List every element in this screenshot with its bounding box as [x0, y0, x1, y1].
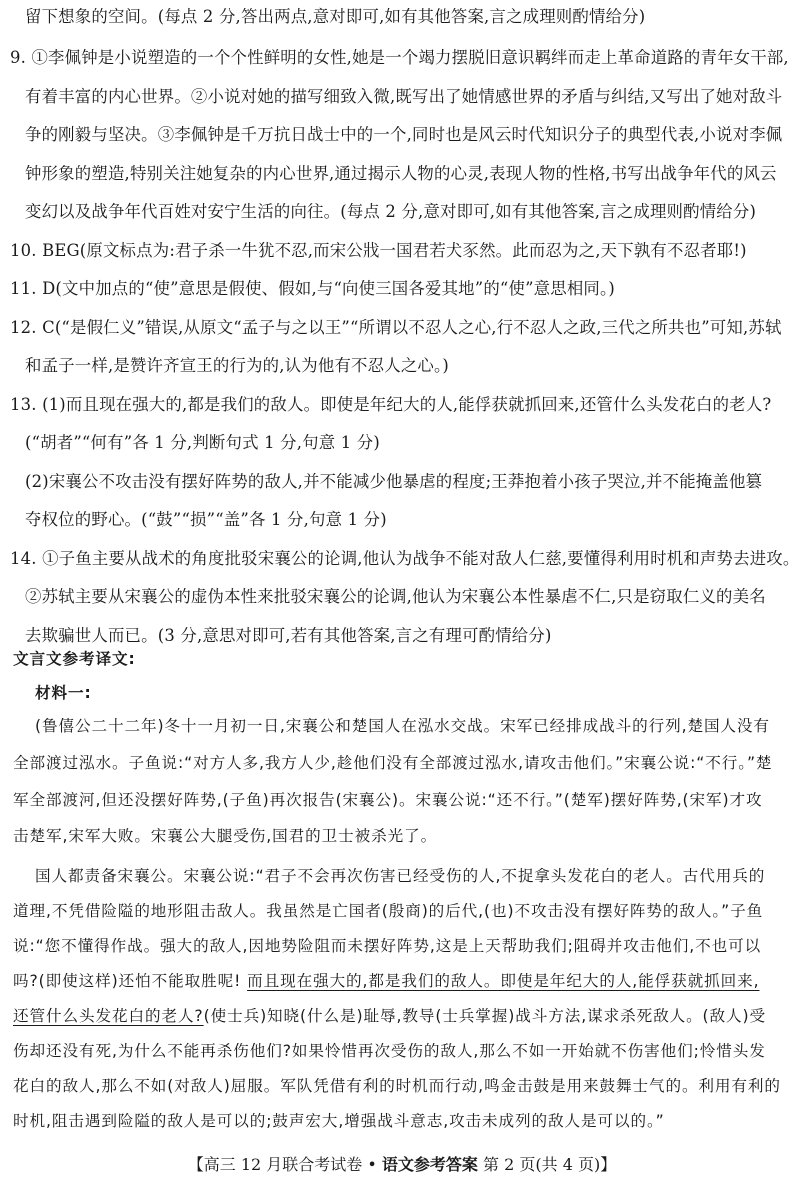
underlined-translation-part-1: 而且现在强大的,都是我们的敌人。即使是年纪大的人,能俘获就抓回来,: [247, 972, 759, 990]
q14-line-3: 去欺骗世人而已。(3 分,意思对即可,若有其他答案,言之有理可酌情给分): [25, 625, 552, 647]
answer-key-page: 留下想象的空间。(每点 2 分,答出两点,意对即可,如有其他答案,言之成理则酌情…: [0, 0, 804, 1184]
q14-line-1: 14. ①子鱼主要从战术的角度批驳宋襄公的论调,他认为战争不能对敌人仁慈,要懂得…: [10, 548, 799, 570]
q11: 11. D(文中加点的“使”意思是假使、假如,与“向使三国各爱其地”的“使”意思…: [10, 278, 615, 300]
material-one-heading: 材料一:: [35, 682, 92, 704]
q12-line-1: 12. C(“是假仁义”错误,从原文“孟子与之以王”“所谓以不忍人之心,行不忍人…: [10, 317, 782, 339]
q12-line-2: 和孟子一样,是赞许齐宣王的行为的,认为他有不忍人之心。): [25, 355, 449, 377]
q13-line-2: (“胡者”“何有”各 1 分,判断句式 1 分,句意 1 分): [25, 432, 380, 454]
q13-line-4: 夺权位的野心。(“鼓”“损”“盖”各 1 分,句意 1 分): [25, 509, 387, 531]
para2-line-1: 国人都责备宋襄公。宋襄公说:“君子不会再次伤害已经受伤的人,不捉拿头发花白的老人…: [35, 865, 765, 887]
para1-line-1: (鲁僖公二十二年)冬十一月初一日,宋襄公和楚国人在泓水交战。宋军已经排成战斗的行…: [35, 715, 770, 737]
para2-line-8: 时机,阻击遇到险隘的敌人是可以的;鼓声宏大,增强战斗意志,攻击未成列的敌人是可以…: [13, 1110, 665, 1132]
q13-line-3: (2)宋襄公不攻击没有摆好阵势的敌人,并不能减少他暴虐的程度;王莽抱着小孩子哭泣…: [25, 471, 762, 493]
para2-line-5-post: (使士兵)知晓(什么是)耻辱,教导(士兵掌握)战斗方法,谋求杀死敌人。(敌人)受: [204, 1007, 766, 1025]
para2-line-4-pre: 吗?(即使这样)还怕不能取胜呢!: [13, 972, 241, 990]
para2-line-5: 还管什么头发花白的老人?(使士兵)知晓(什么是)耻辱,教导(士兵掌握)战斗方法,…: [13, 1005, 766, 1027]
q10: 10. BEG(原文标点为:君子杀一牛犹不忍,而宋公戕一国君若犬豕然。此而忍为之…: [10, 240, 747, 262]
para1-line-2: 全部渡过泓水。子鱼说:“对方人多,我方人少,趁他们没有全部渡过泓水,请攻击他们。…: [13, 752, 772, 774]
para2-line-4: 吗?(即使这样)还怕不能取胜呢! 而且现在强大的,都是我们的敌人。即使是年纪大的…: [13, 970, 759, 992]
q13-line-1: 13. (1)而且现在强大的,都是我们的敌人。即使是年纪大的人,能俘获就抓回来,…: [10, 394, 771, 416]
q9-line-4: 钟形象的塑造,特别关注她复杂的内心世界,通过揭示人物的心灵,表现人物的性格,书写…: [25, 163, 777, 185]
para1-line-4: 击楚军,宋军大败。宋襄公大腿受伤,国君的卫士被杀光了。: [13, 825, 437, 847]
underlined-translation-part-2: 还管什么头发花白的老人?: [13, 1007, 204, 1025]
footer-exam-title: 【高三 12 月联合考试卷 •: [188, 1155, 382, 1174]
para2-line-2: 道理,不凭借险隘的地形阻击敌人。我虽然是亡国者(殷商)的后代,(也)不攻击没有摆…: [13, 900, 763, 922]
q9-line-1: 9. ①李佩钟是小说塑造的一个个性鲜明的女性,她是一个竭力摆脱旧意识羁绊而走上革…: [10, 47, 789, 69]
q8-tail: 留下想象的空间。(每点 2 分,答出两点,意对即可,如有其他答案,言之成理则酌情…: [25, 6, 645, 28]
para2-line-7: 花白的敌人,那么不如(对敌人)屈服。军队凭借有利的时机而行动,鸣金击鼓是用来鼓舞…: [13, 1075, 781, 1097]
q9-line-2: 有着丰富的内心世界。②小说对她的描写细致入微,既写出了她情感世界的矛盾与纠结,又…: [25, 86, 782, 108]
q9-line-3: 争的刚毅与坚决。③李佩钟是千万抗日战士中的一个,同时也是风云时代知识分子的典型代…: [25, 124, 782, 146]
footer-subject: 语文参考答案: [382, 1155, 478, 1174]
para2-line-3: 说:“您不懂得作战。强大的敌人,因地势险阻而未摆好阵势,这是上天帮助我们;阻碍并…: [13, 935, 761, 957]
q14-line-2: ②苏轼主要从宋襄公的虚伪本性来批驳宋襄公的论调,他认为宋襄公本性暴虐不仁,只是窃…: [25, 586, 766, 608]
footer-page-number: 第 2 页(共 4 页)】: [478, 1155, 616, 1174]
q9-line-5: 变幻以及战争年代百姓对安宁生活的向往。(每点 2 分,意对即可,如有其他答案,言…: [25, 201, 756, 223]
page-footer: 【高三 12 月联合考试卷 • 语文参考答案 第 2 页(共 4 页)】: [0, 1152, 804, 1175]
translation-heading: 文言文参考译文:: [13, 648, 136, 670]
para1-line-3: 军全部渡河,但还没摆好阵势,(子鱼)再次报告(宋襄公)。宋襄公说:“还不行。”(…: [13, 789, 763, 811]
para2-line-6: 伤却还没有死,为什么不能再杀伤他们?如果怜惜再次受伤的敌人,那么不如一开始就不伤…: [13, 1040, 766, 1062]
